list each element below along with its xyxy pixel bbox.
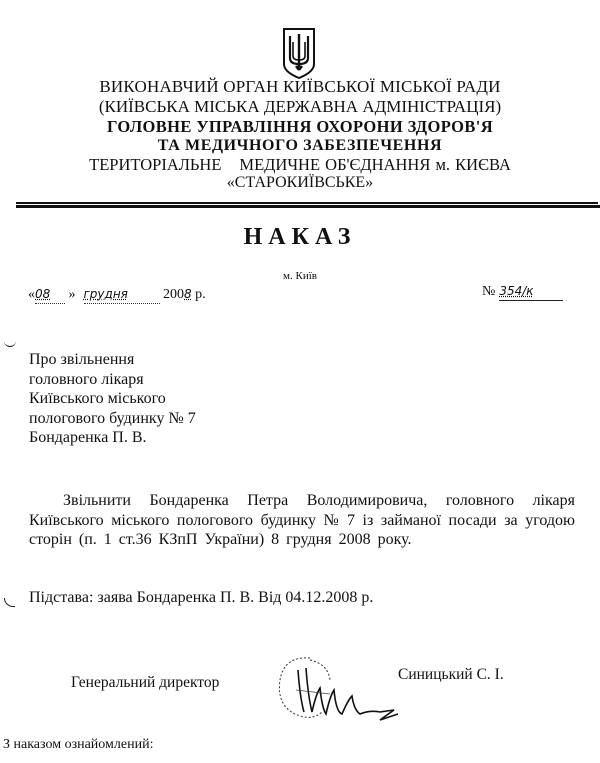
header-association: МЕДИЧНЕ ОБ'ЄДНАННЯ м. КИЄВА: [239, 155, 510, 174]
signer-name: Синицький С. І.: [398, 666, 504, 684]
header-divider-thin: [16, 202, 598, 204]
header-line-territorial-association: ТЕРИТОРІАЛЬНЕМЕДИЧНЕ ОБ'ЄДНАННЯ м. КИЄВА: [0, 155, 600, 175]
date-day: 08: [35, 287, 50, 301]
header-line-executive-body: ВИКОНАВЧИЙ ОРГАН КИЇВСЬКОЇ МІСЬКОЇ РАДИ: [0, 77, 600, 97]
date-close-quote: »: [69, 287, 76, 302]
header-line-medical-support: ТА МЕДИЧНОГО ЗАБЕЗПЕЧЕННЯ: [0, 137, 600, 155]
subject-line: пологового будинку № 7: [29, 409, 196, 429]
header-line-health-department: ГОЛОВНЕ УПРАВЛІННЯ ОХОРОНИ ЗДОРОВ'Я: [0, 117, 600, 137]
document-title: НАКАЗ: [0, 224, 600, 251]
document-subject: Про звільнення головного лікаря Київсько…: [29, 350, 196, 448]
order-body: Звільнити Бондаренка Петра Володимирович…: [29, 491, 575, 550]
date-open-quote: «: [28, 287, 35, 302]
number-value: 354/к: [499, 284, 533, 298]
acknowledgement-line: З наказом ознайомлений:: [3, 737, 153, 753]
date-year-label: р.: [195, 287, 206, 302]
margin-mark: [4, 340, 16, 347]
subject-line: головного лікаря: [29, 370, 196, 390]
date-year-suffix: 8: [184, 287, 192, 301]
order-basis: Підстава: заява Бондаренка П. В. Від 04.…: [29, 589, 373, 607]
document-date: «08 »грудня 2008 р.: [28, 287, 206, 304]
date-year-prefix: 200: [163, 287, 184, 302]
header-line-starokyivske: «СТАРОКИЇВСЬКЕ»: [0, 174, 600, 192]
subject-line: Про звільнення: [29, 350, 196, 370]
date-month: грудня: [84, 287, 128, 301]
document-number: №354/к: [482, 284, 563, 301]
signer-role: Генеральний директор: [71, 674, 219, 692]
subject-line: Київського міського: [29, 389, 196, 409]
margin-mark: [4, 598, 15, 607]
header-territorial: ТЕРИТОРІАЛЬНЕ: [89, 155, 221, 174]
subject-line: Бондаренка П. В.: [29, 428, 196, 448]
number-label: №: [482, 284, 495, 299]
header-line-administration: (КИЇВСЬКА МІСЬКА ДЕРЖАВНА АДМІНІСТРАЦІЯ): [0, 97, 600, 117]
header-divider-thick: [16, 205, 600, 208]
trident-coat-of-arms-icon: [281, 26, 317, 80]
document-city: м. Київ: [0, 270, 600, 282]
handwritten-signature-icon: [270, 650, 420, 738]
